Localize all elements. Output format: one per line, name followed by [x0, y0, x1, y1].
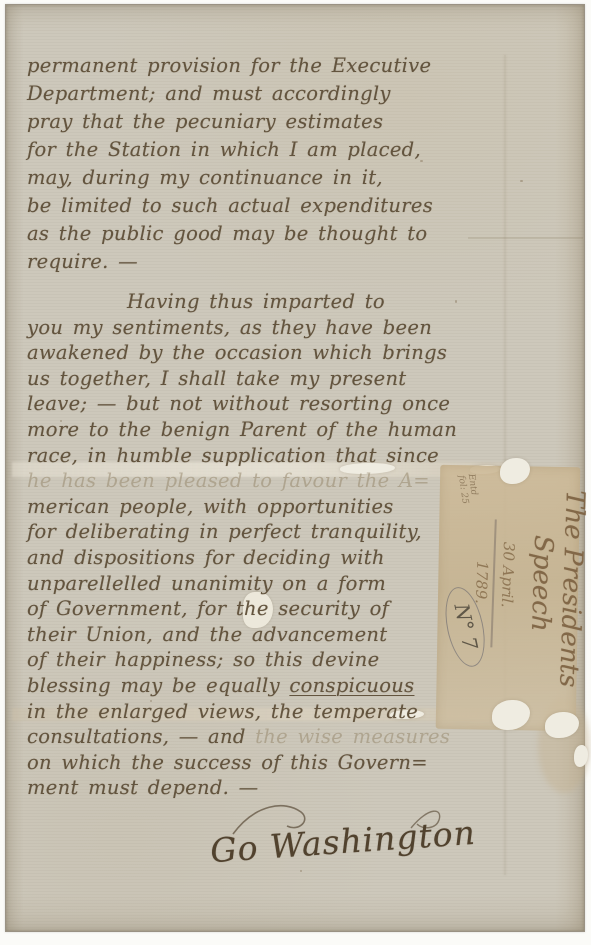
- signature-block: Go Washington: [185, 800, 485, 890]
- manuscript-text-run: be limited to such actual expenditures: [27, 194, 433, 217]
- manuscript-text-run: leave; — but not without resorting once: [27, 392, 450, 415]
- manuscript-text-run: require. —: [27, 250, 138, 273]
- manuscript-text-run: the wise measures: [255, 725, 450, 748]
- manuscript-text-run: you my sentiments, as they have been: [27, 316, 432, 339]
- manuscript-line: for the Station in which I am placed,: [27, 136, 532, 164]
- manuscript-text-run: more to the benign Parent of the human: [27, 418, 457, 441]
- manuscript-text-run: merican people, with opportunities: [27, 495, 394, 518]
- manuscript-text-run: for the Station in which I am placed,: [27, 138, 421, 161]
- manuscript-line: Department; and must accordingly: [27, 80, 532, 108]
- manuscript-line: leave; — but not without resorting once: [27, 391, 532, 417]
- manuscript-text-run: on which the success of this Govern=: [27, 751, 428, 774]
- manuscript-text-run: for deliberating in perfect tranquility,: [27, 520, 422, 543]
- manuscript-line: permanent provision for the Executive: [27, 52, 532, 80]
- manuscript-text-run: conspicuous: [289, 674, 414, 697]
- docket-underline-stroke: [491, 519, 497, 647]
- manuscript-text-run: us together, I shall take my present: [27, 367, 406, 390]
- manuscript-line: us together, I shall take my present: [27, 366, 532, 392]
- manuscript-line: be limited to such actual expenditures: [27, 192, 532, 220]
- manuscript-line: you my sentiments, as they have been: [27, 315, 532, 341]
- manuscript-text-run: may, during my continuance in it,: [27, 166, 383, 189]
- manuscript-text-run: consultations, — and: [27, 725, 255, 748]
- scanned-document-page: permanent provision for the ExecutiveDep…: [0, 0, 591, 945]
- docket-number-ellipse: N° 7: [439, 584, 491, 670]
- manuscript-line: awakened by the occasion which brings: [27, 340, 532, 366]
- manuscript-text-run: unparellelled unanimity on a form: [27, 572, 386, 595]
- manuscript-text-run: he has been pleased to favour the A=: [27, 469, 430, 492]
- docket-number: N° 7: [446, 586, 485, 668]
- manuscript-text-run: Having thus imparted to: [127, 290, 385, 313]
- docket-title-line2: Speech: [525, 535, 558, 633]
- paragraph-1: permanent provision for the ExecutiveDep…: [27, 52, 532, 276]
- manuscript-line: more to the benign Parent of the human: [27, 417, 532, 443]
- manuscript-text-run: pray that the pecuniary estimates: [27, 110, 383, 133]
- manuscript-text-run: permanent provision for the Executive: [27, 54, 431, 77]
- manuscript-line: Having thus imparted to: [27, 289, 532, 315]
- manuscript-text-run: in the enlarged views, the temperate: [27, 700, 418, 723]
- docket-filing-note: Entd fol: 25: [456, 473, 480, 504]
- manuscript-line: on which the success of this Govern=: [27, 750, 532, 776]
- manuscript-text-run: Department; and must accordingly: [27, 82, 391, 105]
- docket-date: 30 April.: [498, 542, 518, 608]
- manuscript-text-run: race, in humble supplication that since: [27, 444, 439, 467]
- manuscript-text-run: ment must depend. —: [27, 776, 258, 799]
- manuscript-text-run: their Union, and the advancement: [27, 623, 387, 646]
- manuscript-text-run: of Government, for the security of: [27, 597, 389, 620]
- manuscript-line: pray that the pecuniary estimates: [27, 108, 532, 136]
- manuscript-text-run: awakened by the occasion which brings: [27, 341, 447, 364]
- manuscript-line: may, during my continuance in it,: [27, 164, 532, 192]
- manuscript-line: require. —: [27, 248, 532, 276]
- manuscript-text-run: and dispositions for deciding with: [27, 546, 385, 569]
- manuscript-line: as the public good may be thought to: [27, 220, 532, 248]
- manuscript-text-run: blessing may be equally: [27, 674, 289, 697]
- manuscript-text-run: as the public good may be thought to: [27, 222, 427, 245]
- endorsement-docket: The Presidents Speech 30 April. 1789. N°…: [438, 468, 583, 733]
- manuscript-text-run: of their happiness; so this devine: [27, 648, 379, 671]
